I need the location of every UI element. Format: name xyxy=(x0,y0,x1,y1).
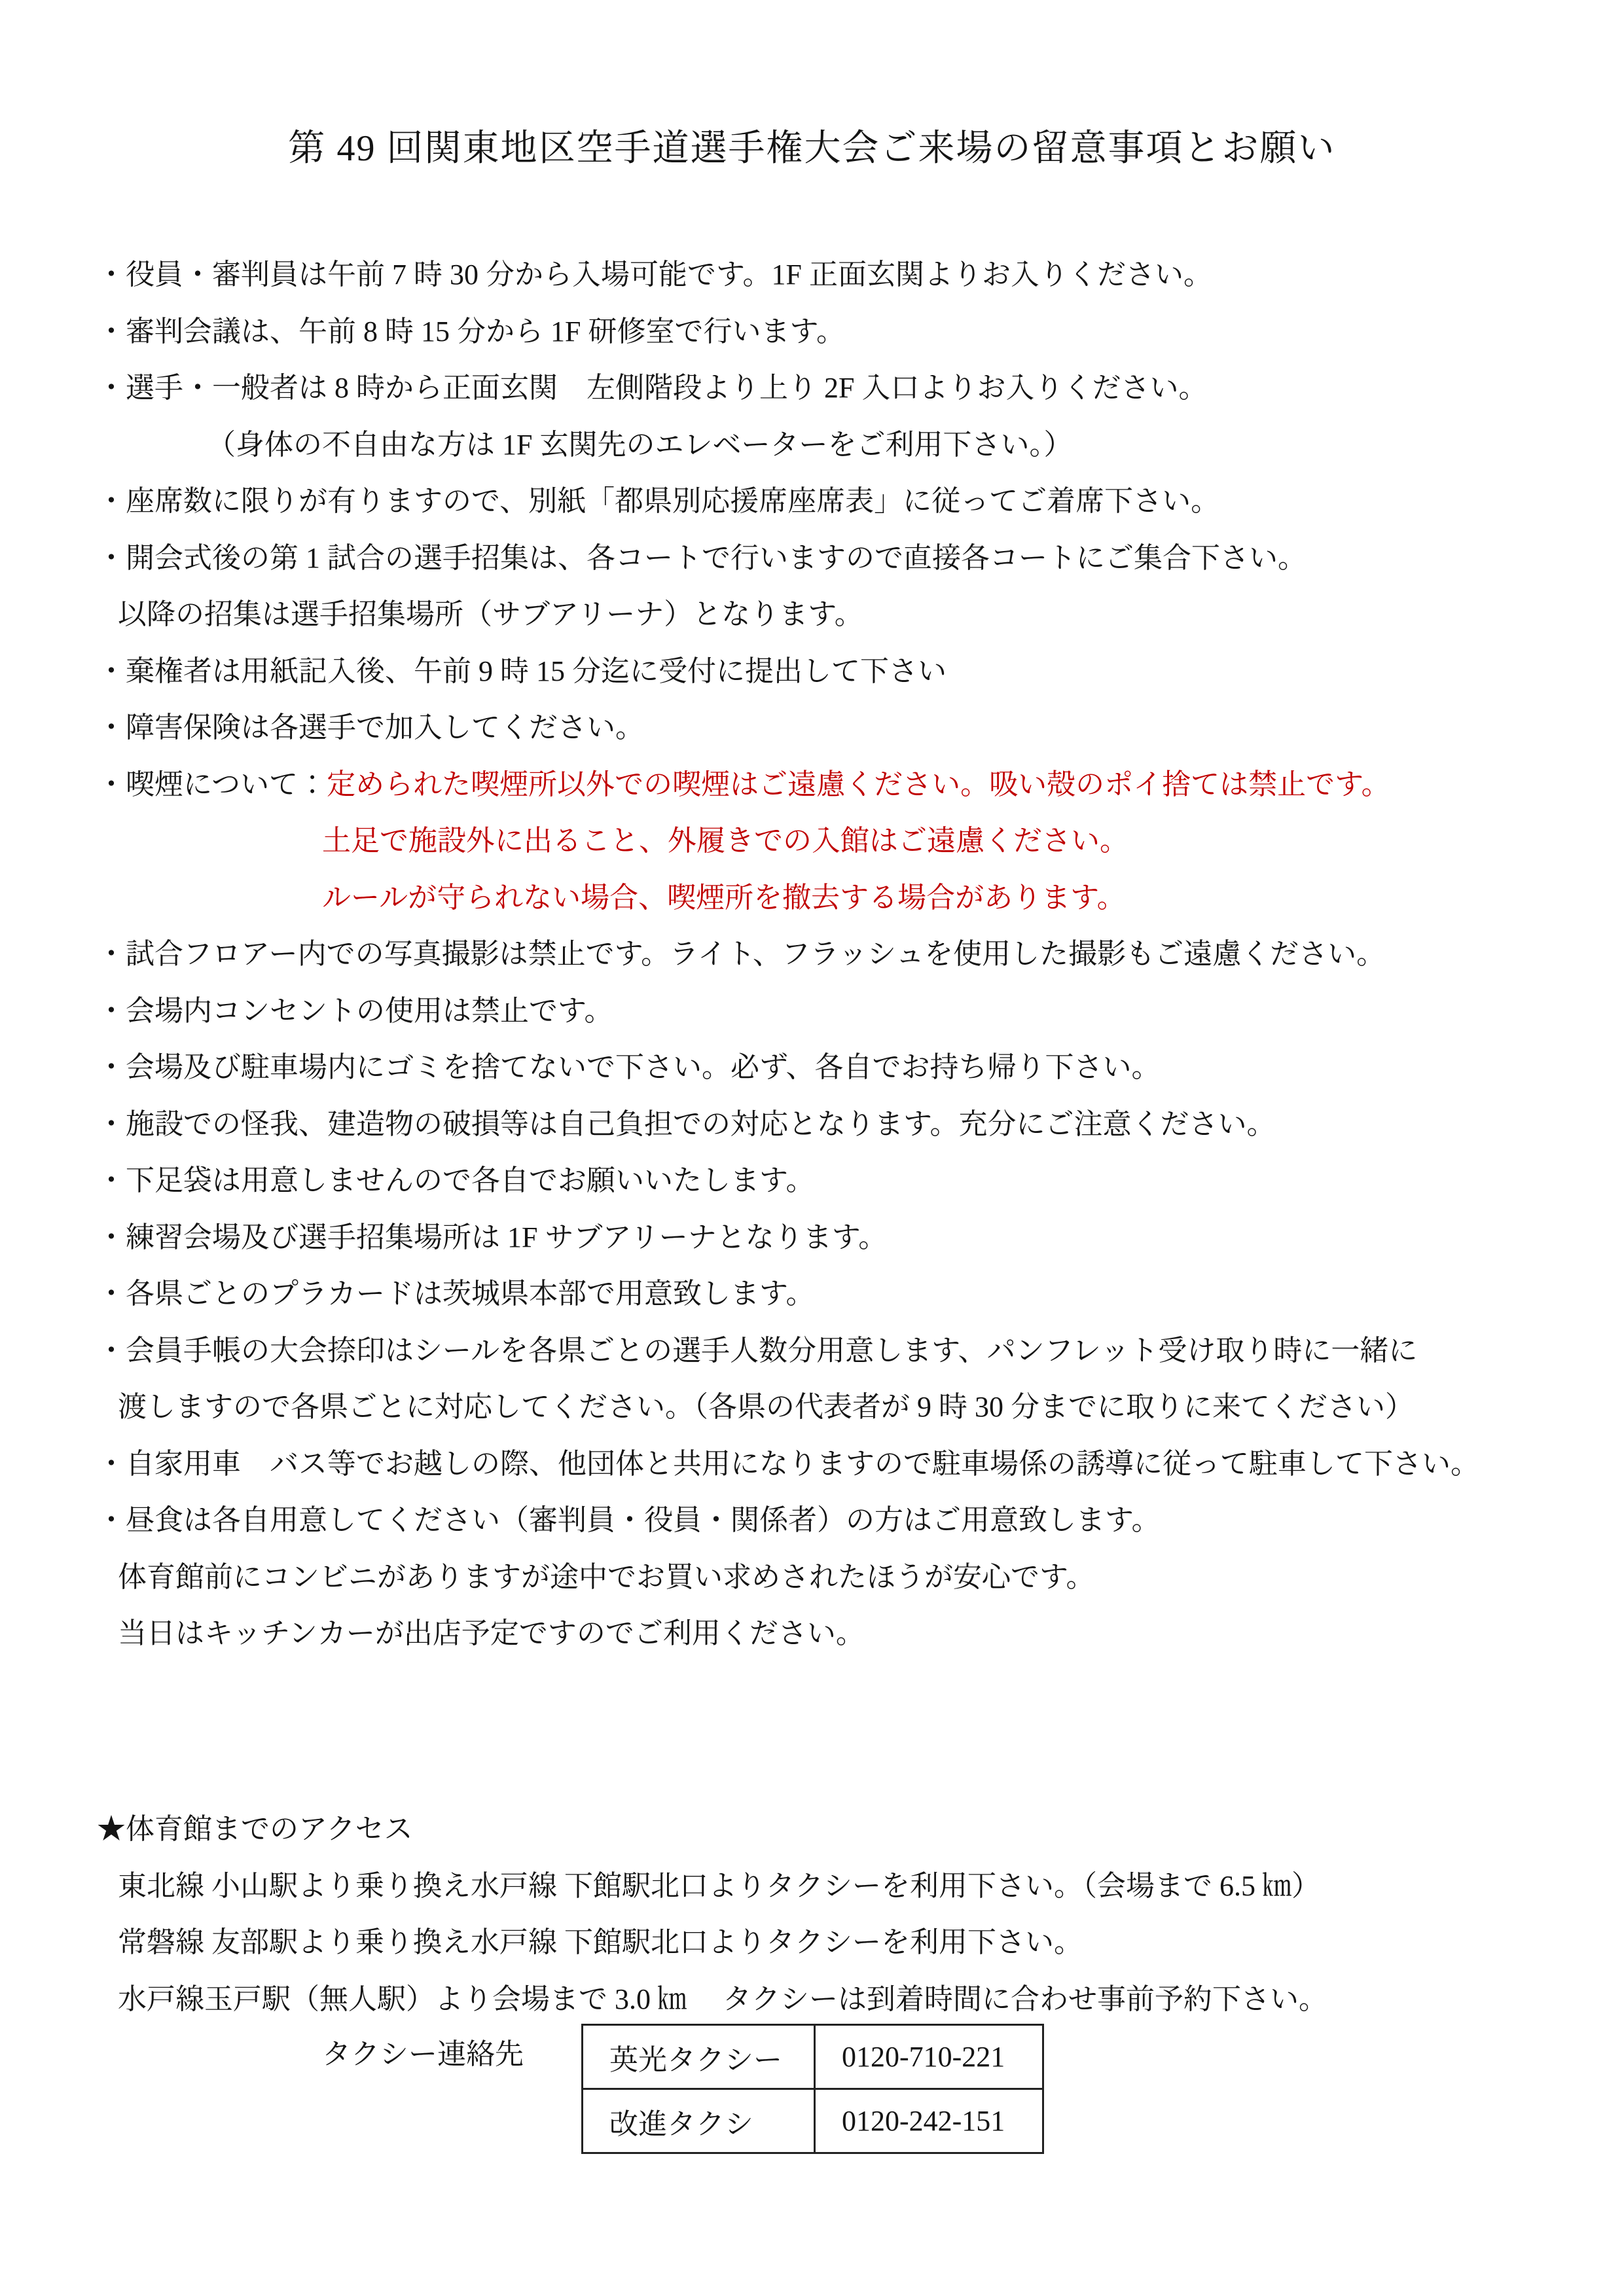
notice-text: （身体の不自由な方は 1F 玄関先のエレベーターをご利用下さい。） xyxy=(207,429,1072,461)
notice-text: ・施設での怪我、建造物の破損等は自己負担での対応となります。充分にご注意ください… xyxy=(97,1108,1275,1140)
notice-text: 体育館前にコンビニがありますが途中でお買い求めされたほうが安心です。 xyxy=(118,1561,1094,1593)
notice-text: ・座席数に限りが有りますので、別紙「都県別応援席座席表」に従ってご着席下さい。 xyxy=(97,485,1219,517)
taxi-phone-number: 0120-710-221 xyxy=(815,2025,1043,2089)
notice-line: ・障害保険は各選手で加入してください。 xyxy=(97,700,1479,757)
taxi-table-row: 英光タクシー0120-710-221 xyxy=(583,2025,1043,2089)
notice-text: ・昼食は各自用意してください（審判員・役員・関係者）の方はご用意致します。 xyxy=(97,1504,1160,1536)
notice-line: ・開会式後の第 1 試合の選手招集は、各コートで行いますので直接各コートにご集合… xyxy=(97,530,1479,587)
notice-text: ・各県ごとのプラカードは茨城県本部で用意致します。 xyxy=(97,1278,814,1310)
notice-line: ・会場及び駐車場内にゴミを捨てないで下さい。必ず、各自でお持ち帰り下さい。 xyxy=(97,1039,1479,1096)
notice-line: （身体の不自由な方は 1F 玄関先のエレベーターをご利用下さい。） xyxy=(97,417,1479,474)
notice-text: ・下足袋は用意しませんので各自でお願いいたします。 xyxy=(97,1164,814,1196)
notice-text: 以降の招集は選手招集場所（サブアリーナ）となります。 xyxy=(118,598,863,630)
taxi-table-body: 英光タクシー0120-710-221改進タクシ0120-242-151 xyxy=(583,2025,1043,2153)
notice-text: ・障害保険は各選手で加入してください。 xyxy=(97,711,644,744)
notice-line: ・自家用車 バス等でお越しの際、他団体と共用になりますので駐車場係の誘導に従って… xyxy=(97,1436,1479,1493)
notice-line: ・試合フロアー内での写真撮影は禁止です。ライト、フラッシュを使用した撮影もご遠慮… xyxy=(97,926,1479,983)
access-line: 常磐線 友部駅より乗り換え水戸線 下館駅北口よりタクシーを利用下さい。 xyxy=(97,1914,1327,1971)
notice-text: ・会員手帳の大会捺印はシールを各県ごとの選手人数分用意します、パンフレット受け取… xyxy=(97,1335,1417,1367)
notice-text: ・会場及び駐車場内にゴミを捨てないで下さい。必ず、各自でお持ち帰り下さい。 xyxy=(97,1051,1160,1083)
notice-line: ・各県ごとのプラカードは茨城県本部で用意致します。 xyxy=(97,1266,1479,1323)
taxi-company-name: 英光タクシー xyxy=(583,2025,815,2089)
taxi-company-name: 改進タクシ xyxy=(583,2089,815,2153)
taxi-phone-number: 0120-242-151 xyxy=(815,2089,1043,2153)
access-section: ★体育館までのアクセス 東北線 小山駅より乗り換え水戸線 下館駅北口よりタクシー… xyxy=(97,1801,1327,2028)
notice-prefix: ・喫煙について： xyxy=(97,768,327,800)
taxi-contact-section: タクシー連絡先 英光タクシー0120-710-221改進タクシ0120-242-… xyxy=(0,2024,1624,2155)
notice-text: 定められた喫煙所以外での喫煙はご遠慮ください。吸い殻のポイ捨ては禁止です。 xyxy=(327,768,1390,800)
document-page: 第 49 回関東地区空手道選手権大会ご来場の留意事項とお願い ・役員・審判員は午… xyxy=(0,0,1624,2296)
access-line: 東北線 小山駅より乗り換え水戸線 下館駅北口よりタクシーを利用下さい。（会場まで… xyxy=(97,1858,1327,1915)
access-lines: 東北線 小山駅より乗り換え水戸線 下館駅北口よりタクシーを利用下さい。（会場まで… xyxy=(97,1858,1327,2028)
page-title: 第 49 回関東地区空手道選手権大会ご来場の留意事項とお願い xyxy=(0,119,1624,171)
notice-line: ・喫煙について：定められた喫煙所以外での喫煙はご遠慮ください。吸い殻のポイ捨ては… xyxy=(97,757,1479,814)
notice-text: ・役員・審判員は午前 7 時 30 分から入場可能です。1F 正面玄関よりお入り… xyxy=(97,259,1212,291)
notice-text: ・練習会場及び選手招集場所は 1F サブアリーナとなります。 xyxy=(97,1221,887,1253)
notice-line: ・棄権者は用紙記入後、午前 9 時 15 分迄に受付に提出して下さい xyxy=(97,643,1479,700)
access-heading: ★体育館までのアクセス xyxy=(97,1801,1327,1858)
notice-line: ・下足袋は用意しませんので各自でお願いいたします。 xyxy=(97,1153,1479,1210)
notice-text: ・選手・一般者は 8 時から正面玄関 左側階段より上り 2F 入口よりお入りくだ… xyxy=(97,372,1207,404)
notice-line: ・座席数に限りが有りますので、別紙「都県別応援席座席表」に従ってご着席下さい。 xyxy=(97,473,1479,530)
notice-line: ルールが守られない場合、喫煙所を撤去する場合があります。 xyxy=(97,870,1479,927)
notice-text: 当日はキッチンカーが出店予定ですのでご利用ください。 xyxy=(118,1617,865,1649)
notice-line: 以降の招集は選手招集場所（サブアリーナ）となります。 xyxy=(97,586,1479,643)
notice-line: ・会場内コンセントの使用は禁止です。 xyxy=(97,983,1479,1040)
notice-line: ・役員・審判員は午前 7 時 30 分から入場可能です。1F 正面玄関よりお入り… xyxy=(97,247,1479,304)
notice-text: ・試合フロアー内での写真撮影は禁止です。ライト、フラッシュを使用した撮影もご遠慮… xyxy=(97,938,1385,970)
notice-line: ・練習会場及び選手招集場所は 1F サブアリーナとなります。 xyxy=(97,1210,1479,1266)
notice-line: ・会員手帳の大会捺印はシールを各県ごとの選手人数分用意します、パンフレット受け取… xyxy=(97,1323,1479,1380)
notice-line: ・選手・一般者は 8 時から正面玄関 左側階段より上り 2F 入口よりお入りくだ… xyxy=(97,360,1479,417)
notice-text: ・審判会議は、午前 8 時 15 分から 1F 研修室で行います。 xyxy=(97,315,845,348)
notice-text: ・会場内コンセントの使用は禁止です。 xyxy=(97,995,613,1027)
notice-list: ・役員・審判員は午前 7 時 30 分から入場可能です。1F 正面玄関よりお入り… xyxy=(97,247,1479,1662)
notice-line: 当日はキッチンカーが出店予定ですのでご利用ください。 xyxy=(97,1605,1479,1662)
taxi-contact-label: タクシー連絡先 xyxy=(322,2030,524,2072)
notice-line: 土足で施設外に出ること、外履きでの入館はご遠慮ください。 xyxy=(97,813,1479,870)
notice-line: 渡しますので各県ごとに対応してください。（各県の代表者が 9 時 30 分までに… xyxy=(97,1379,1479,1436)
notice-text: ・棄権者は用紙記入後、午前 9 時 15 分迄に受付に提出して下さい xyxy=(97,655,947,687)
notice-text: ・開会式後の第 1 試合の選手招集は、各コートで行いますので直接各コートにご集合… xyxy=(97,542,1307,574)
notice-line: ・昼食は各自用意してください（審判員・役員・関係者）の方はご用意致します。 xyxy=(97,1492,1479,1549)
notice-text: ・自家用車 バス等でお越しの際、他団体と共用になりますので駐車場係の誘導に従って… xyxy=(97,1448,1479,1480)
notice-line: ・審判会議は、午前 8 時 15 分から 1F 研修室で行います。 xyxy=(97,304,1479,361)
taxi-table: 英光タクシー0120-710-221改進タクシ0120-242-151 xyxy=(581,2024,1044,2154)
notice-text: ルールが守られない場合、喫煙所を撤去する場合があります。 xyxy=(322,882,1126,914)
access-line: 水戸線玉戸駅（無人駅）より会場まで 3.0 ㎞ タクシーは到着時間に合わせ事前予… xyxy=(97,1971,1327,2028)
notice-text: 土足で施設外に出ること、外履きでの入館はご遠慮ください。 xyxy=(322,825,1128,857)
notice-line: 体育館前にコンビニがありますが途中でお買い求めされたほうが安心です。 xyxy=(97,1549,1479,1606)
notice-text: 渡しますので各県ごとに対応してください。（各県の代表者が 9 時 30 分までに… xyxy=(118,1391,1414,1423)
notice-line: ・施設での怪我、建造物の破損等は自己負担での対応となります。充分にご注意ください… xyxy=(97,1096,1479,1153)
taxi-table-row: 改進タクシ0120-242-151 xyxy=(583,2089,1043,2153)
